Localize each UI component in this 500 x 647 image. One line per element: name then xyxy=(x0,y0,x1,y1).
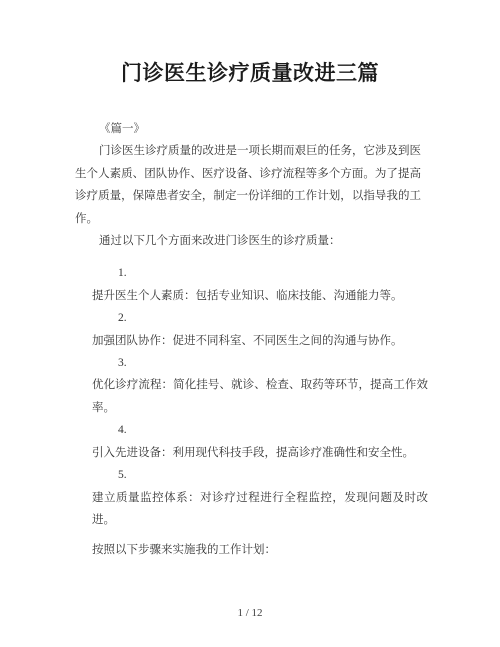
numbered-list: 1. 提升医生个人素质：包括专业知识、临床技能、沟通能力等。 2. 加强团队协作… xyxy=(0,262,500,531)
list-item-number: 2. xyxy=(92,307,428,329)
list-item-text: 加强团队协作：促进不同科室、不同医生之间的沟通与协作。 xyxy=(92,330,428,352)
list-item-number: 5. xyxy=(92,464,428,486)
section-heading: 《篇一》 xyxy=(75,118,421,140)
lead-in-paragraph: 通过以下几个方面来改进门诊医生的诊疗质量： xyxy=(75,230,421,252)
list-item: 2. 加强团队协作：促进不同科室、不同医生之间的沟通与协作。 xyxy=(0,307,500,352)
list-item-number: 1. xyxy=(92,262,428,284)
list-item-text: 提升医生个人素质：包括专业知识、临床技能、沟通能力等。 xyxy=(92,285,428,307)
list-item-text: 建立质量监控体系：对诊疗过程进行全程监控，发现问题及时改进。 xyxy=(92,487,428,532)
list-item: 1. 提升医生个人素质：包括专业知识、临床技能、沟通能力等。 xyxy=(0,262,500,307)
closing-paragraph: 按照以下步骤来实施我的工作计划： xyxy=(92,539,428,561)
list-item-text: 优化诊疗流程：简化挂号、就诊、检查、取药等环节，提高工作效率。 xyxy=(92,374,428,419)
intro-paragraph: 门诊医生诊疗质量的改进是一项长期而艰巨的任务，它涉及到医生个人素质、团队协作、医… xyxy=(75,140,421,230)
list-item-number: 4. xyxy=(92,419,428,441)
page-footer: 1 / 12 xyxy=(0,602,500,624)
document-title: 门诊医生诊疗质量改进三篇 xyxy=(0,0,500,88)
list-item: 5. 建立质量监控体系：对诊疗过程进行全程监控，发现问题及时改进。 xyxy=(0,464,500,531)
page-number-indicator: 1 / 12 xyxy=(237,607,262,619)
list-item-text: 引入先进设备：利用现代科技手段，提高诊疗准确性和安全性。 xyxy=(92,442,428,464)
list-item: 3. 优化诊疗流程：简化挂号、就诊、检查、取药等环节，提高工作效率。 xyxy=(0,352,500,419)
list-item-number: 3. xyxy=(92,352,428,374)
document-page: 门诊医生诊疗质量改进三篇 《篇一》 门诊医生诊疗质量的改进是一项长期而艰巨的任务… xyxy=(0,0,500,647)
list-item: 4. 引入先进设备：利用现代科技手段，提高诊疗准确性和安全性。 xyxy=(0,419,500,464)
